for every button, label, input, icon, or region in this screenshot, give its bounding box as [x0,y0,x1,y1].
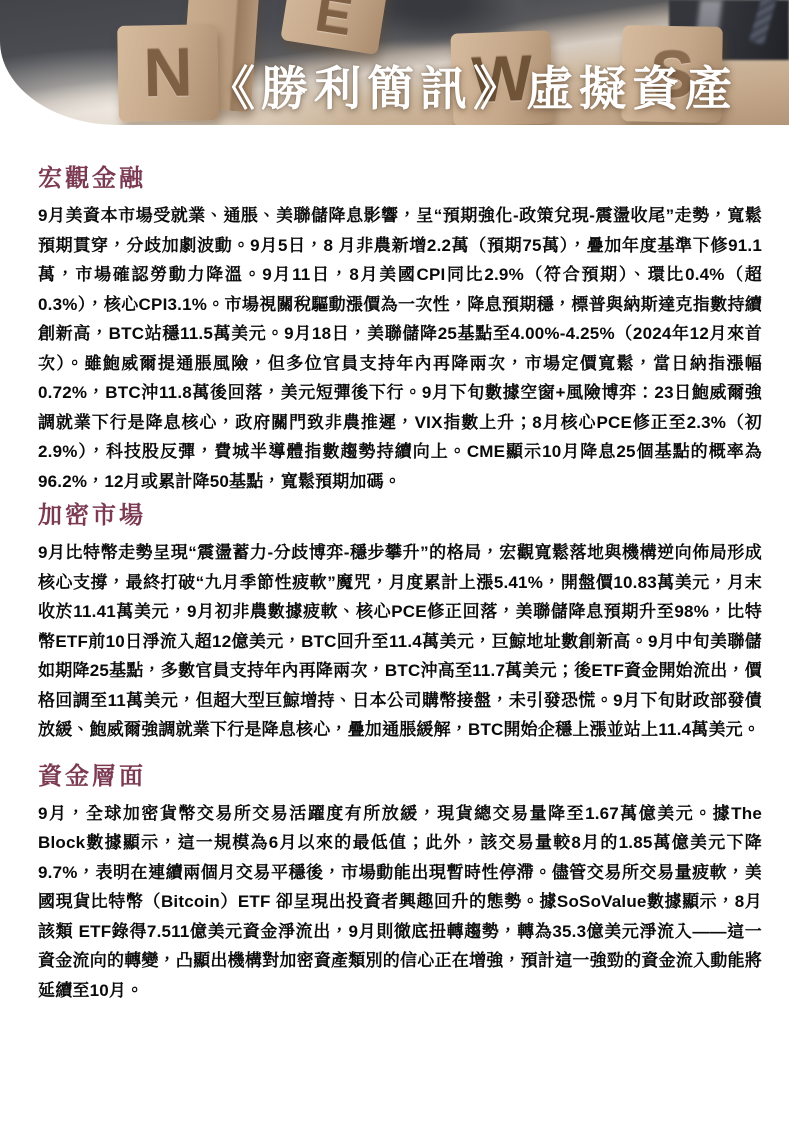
section-fund-flows: 資金層面 9月，全球加密貨幣交易所交易活躍度有所放緩，現貨總交易量降至1.67萬… [38,763,762,1006]
section-heading-macro: 宏觀金融 [38,165,762,193]
section-crypto-market: 加密市場 9月比特幣走勢呈現“震盪蓄力-分歧博弈-穩步攀升”的格局，宏觀寬鬆落地… [38,502,762,745]
section-heading-crypto: 加密市場 [38,502,762,530]
page-title: 《勝利簡訊》虛擬資產 [208,52,738,119]
header-photo: N E W S 《勝利簡訊》虛擬資產 [0,0,789,125]
tie-shape [749,0,778,45]
section-heading-funds: 資金層面 [38,763,762,791]
newsletter-content: 宏觀金融 9月美資本市場受就業、通脹、美聯儲降息影響，呈“預期強化-政策兌現-震… [0,165,793,1005]
section-paragraph-macro: 9月美資本市場受就業、通脹、美聯儲降息影響，呈“預期強化-政策兌現-震盪收尾”走… [38,201,762,496]
block-letter-n: N [143,34,193,113]
section-paragraph-funds: 9月，全球加密貨幣交易所交易活躍度有所放緩，現貨總交易量降至1.67萬億美元。據… [38,799,762,1006]
wooden-block-e: E [280,0,393,55]
section-paragraph-crypto: 9月比特幣走勢呈現“震盪蓄力-分歧博弈-穩步攀升”的格局，宏觀寬鬆落地與機構逆向… [38,538,762,745]
block-letter-e: E [311,0,356,48]
section-macro-finance: 宏觀金融 9月美資本市場受就業、通脹、美聯儲降息影響，呈“預期強化-政策兌現-震… [38,165,762,496]
wooden-block-n: N [117,24,219,122]
newsletter-page: { "header": { "title": "《勝利簡訊》虛擬資產", "ph… [0,0,793,1121]
